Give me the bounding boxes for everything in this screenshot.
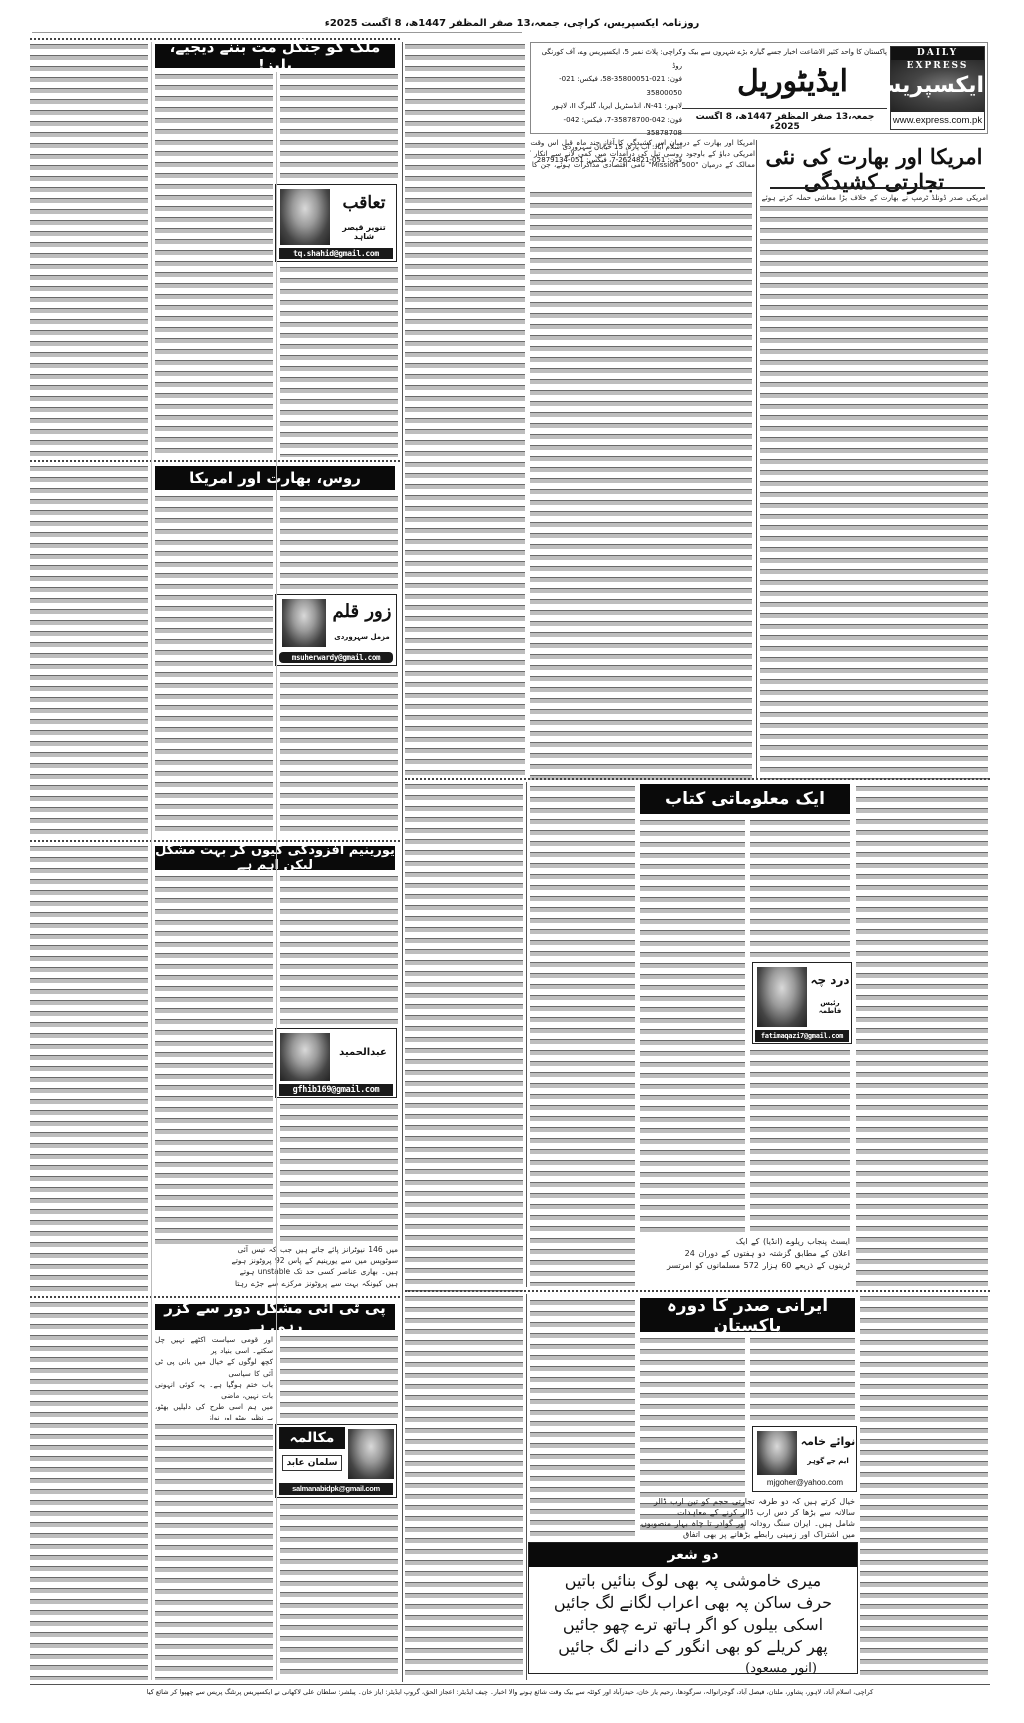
column-divider	[402, 42, 403, 1682]
snippet-line: اور قومی سیاست اکٹھے نہیں چل سکتے۔ اسی ب…	[155, 1334, 273, 1356]
russia-col-c2	[280, 670, 398, 836]
author-photo	[282, 599, 326, 647]
snippet-line: سالانہ سے بڑھا کر دس ارب ڈالر کرنے کے مع…	[640, 1507, 855, 1518]
columnist-box-suherwardy: زور قلم مزمل سہروردی msuherwardy@gmail.c…	[275, 594, 397, 666]
jungle-col-c2	[280, 265, 398, 457]
uranium-col-c	[280, 874, 398, 1024]
author-email: fatimaqazi7@gmail.com	[755, 1030, 849, 1042]
snippet-line: میں اشتراک اور زمینی رابطے بڑھانے پر بھی…	[640, 1529, 855, 1540]
column-divider	[526, 1294, 527, 1680]
book-col-left-top	[405, 782, 523, 1292]
snippet-line: اعلان کے مطابق گزشتہ دو ہفتوں کے دوران 2…	[640, 1248, 850, 1260]
columnist-box-shahid: تعاقب تنویر قیصر شاہد tq.shahid@gmail.co…	[275, 184, 397, 262]
iran-col-a	[530, 1298, 635, 1538]
column-title-book: ایک معلوماتی کتاب	[640, 784, 850, 814]
iran-snippet: خیال کرتے ہیں کہ دو طرفہ تجارتی حجم کو ت…	[640, 1496, 855, 1540]
columnist-box-hameed: عبدالحمید gfhib169@gmail.com	[275, 1028, 397, 1098]
snippet-line: کچھ لوگوں کے خیال میں بانی پی ٹی آئی کا …	[155, 1356, 273, 1378]
pti-col-b	[155, 1422, 273, 1680]
section-title: ایڈیٹوریل	[700, 64, 885, 99]
author-photo	[280, 1033, 330, 1081]
section-divider	[30, 840, 400, 842]
column-name: درد چہ	[808, 973, 852, 987]
author-name: ایم جے گوہر	[799, 1457, 857, 1465]
middle-col-top	[405, 42, 525, 776]
snippet-line: ٹرینوں کے ذریعے 60 ہزار 572 مسلمانوں کو …	[640, 1260, 850, 1272]
pti-col-c	[280, 1334, 398, 1420]
folio-rule	[32, 32, 522, 33]
uranium-col-b	[155, 874, 273, 1244]
russia-col-a	[30, 464, 148, 836]
poem-line: حرف ساکن پہ بھی اعراب لگانے لگ جائیں	[529, 1592, 857, 1614]
poem-poet: (انور مسعود)	[529, 1658, 857, 1680]
snippet-line: باب ختم ہوگیا ہے۔ یہ کوئی انہونی بات نہی…	[155, 1379, 273, 1401]
column-divider	[151, 42, 152, 1680]
russia-col-c	[280, 494, 398, 592]
jungle-col-a	[30, 42, 148, 457]
snippet-line: میں ہم اسی طرح کی دلیلیں بھٹو، بے نظیر ب…	[155, 1401, 273, 1420]
column-name: نوائے خامہ	[799, 1435, 857, 1448]
headline-rule	[770, 187, 985, 189]
book-col-c2	[750, 1048, 850, 1234]
editorial-body-col-2	[530, 190, 752, 780]
iran-col-left	[405, 1294, 523, 1680]
editorial-lead: امریکا اور بھارت کے درمیان اس کشیدگی کا …	[530, 137, 755, 197]
book-col-a-bottom	[530, 1236, 635, 1286]
author-photo	[757, 967, 807, 1027]
columnist-box-fatima: درد چہ رئیس فاطمہ fatimaqazi7@gmail.com	[752, 962, 852, 1044]
column-divider	[276, 72, 277, 1680]
columnist-box-goher: نوائے خامہ ایم جے گوہر mjgoher@yahoo.com	[752, 1426, 857, 1492]
editorial-lead-line: امریکی دباؤ کے باوجود روسی تیل کی درآمدا…	[530, 148, 755, 159]
uranium-col-a	[30, 844, 148, 1294]
office-karachi-phone: فون: 021-35800051-58، فیکس: 021-35800050	[534, 73, 682, 100]
section-rule	[682, 108, 887, 109]
logo-name: ایکسپریس	[891, 60, 984, 112]
date-line: جمعہ،13 صفر المظفر 1447ھ، 8 اگست 2025ء	[690, 112, 880, 132]
author-name: رئیس فاطمہ	[808, 999, 852, 1015]
russia-col-b	[155, 494, 273, 836]
column-divider	[526, 782, 527, 1287]
column-title-russia: روس، بھارت اور امریکا	[155, 466, 395, 490]
author-email: tq.shahid@gmail.com	[279, 248, 393, 259]
poem-line: میری خاموشی پہ بھی لوگ بنائیں باتیں	[529, 1570, 857, 1592]
office-lahore-address: لاہور: 41-N، انڈسٹریل ایریا، گلبرگ II، ل…	[534, 100, 682, 114]
express-logo: DAILY EXPRESS ایکسپریس www.express.com.p…	[890, 46, 985, 130]
poem-line: اسکی بیلوں کو اگر ہاتھ ترے چھو جائیں	[529, 1614, 857, 1636]
author-name: سلمان عابد	[282, 1455, 342, 1471]
author-email: salmanabidpk@gmail.com	[279, 1483, 393, 1495]
section-divider	[30, 460, 400, 462]
pti-col-c2	[280, 1502, 398, 1680]
book-col-a	[530, 784, 635, 1234]
column-divider	[756, 140, 757, 780]
snippet-line: شامل ہیں۔ ایران سنگ رودانہ اور گوادر تا …	[640, 1518, 855, 1529]
uranium-col-c2	[280, 1102, 398, 1242]
logo-url: www.express.com.pk	[891, 112, 984, 129]
iran-col-d	[860, 1294, 988, 1680]
footer-rule	[30, 1684, 990, 1685]
poem-line: پھر کریلے کو بھی انگور کے دانے لگ جائیں	[529, 1636, 857, 1658]
section-divider	[30, 1296, 400, 1298]
poem-title: دو شعر	[529, 1543, 857, 1567]
book-col-d	[856, 784, 988, 1289]
book-snippet: ایسٹ پنجاب ریلوے (انڈیا) کے ایک اعلان کے…	[640, 1236, 850, 1284]
editorial-lead-line: امریکا اور بھارت کے درمیان اس کشیدگی کا …	[530, 137, 755, 148]
author-photo	[348, 1429, 394, 1479]
editorial-body-col-1	[760, 204, 988, 780]
book-col-c	[750, 818, 850, 958]
poem-box: دو شعر میری خاموشی پہ بھی لوگ بنائیں بات…	[528, 1542, 858, 1674]
column-title-pti: پی ٹی آئی مشکل دور سے گزر رہی ہے	[155, 1304, 395, 1330]
column-title-jungle: ملک کو جنگل مت بننے دیجیے، پلیز!	[155, 44, 395, 68]
pti-snippet: اور قومی سیاست اکٹھے نہیں چل سکتے۔ اسی ب…	[155, 1334, 273, 1420]
author-email: msuherwardy@gmail.com	[279, 652, 393, 663]
snippet-line: خیال کرتے ہیں کہ دو طرفہ تجارتی حجم کو ت…	[640, 1496, 855, 1507]
author-name: عبدالحمید	[332, 1047, 394, 1058]
book-col-b	[640, 818, 745, 1233]
folio-line: روزنامہ ایکسپریس، کراچی، جمعہ،13 صفر الم…	[0, 18, 1024, 29]
editorial-lead-line: امریکی صدر ڈونلڈ ٹرمپ نے بھارت کے خلاف ب…	[760, 192, 988, 203]
jungle-col-c	[280, 72, 398, 182]
author-name: مزمل سہروردی	[330, 633, 394, 641]
jungle-col-b	[155, 72, 273, 457]
footer-imprint: کراچی، اسلام آباد، لاہور، پشاور، ملتان، …	[30, 1688, 990, 1696]
column-title-uranium: یورینیم افزودگی کیوں کر بہت مشکل لیکن اہ…	[155, 846, 395, 870]
logo-top-label: DAILY EXPRESS	[891, 47, 984, 60]
section-divider	[405, 778, 990, 780]
column-title-iran: ایرانی صدر کا دورہ پاکستان	[640, 1298, 855, 1332]
column-name: زور قلم	[330, 601, 394, 622]
masthead-tagline: پاکستان کا واحد کثیر الاشاعت اخبار جسے گ…	[682, 48, 887, 56]
author-photo	[280, 189, 330, 245]
columnist-box-abid: مکالمہ سلمان عابد salmanabidpk@gmail.com	[275, 1424, 397, 1498]
pti-col-a	[30, 1300, 148, 1680]
author-photo	[757, 1431, 797, 1475]
editorial-lead-line: ممالک کے درمیان "Mission 500" نامی اقتصا…	[530, 159, 755, 170]
iran-col-c	[750, 1336, 855, 1424]
section-divider	[405, 1290, 990, 1292]
column-name: مکالمہ	[279, 1427, 345, 1449]
snippet-line: ایسٹ پنجاب ریلوے (انڈیا) کے ایک	[640, 1236, 850, 1248]
author-email: gfhib169@gmail.com	[279, 1084, 393, 1096]
author-name: تنویر قیصر شاہد	[332, 223, 396, 241]
column-name: تعاقب	[332, 193, 396, 213]
author-email: mjgoher@yahoo.com	[755, 1478, 855, 1487]
office-karachi-address: کراچی: پلاٹ نمبر 5، ایکسپریس وے، آف کورن…	[534, 46, 682, 73]
